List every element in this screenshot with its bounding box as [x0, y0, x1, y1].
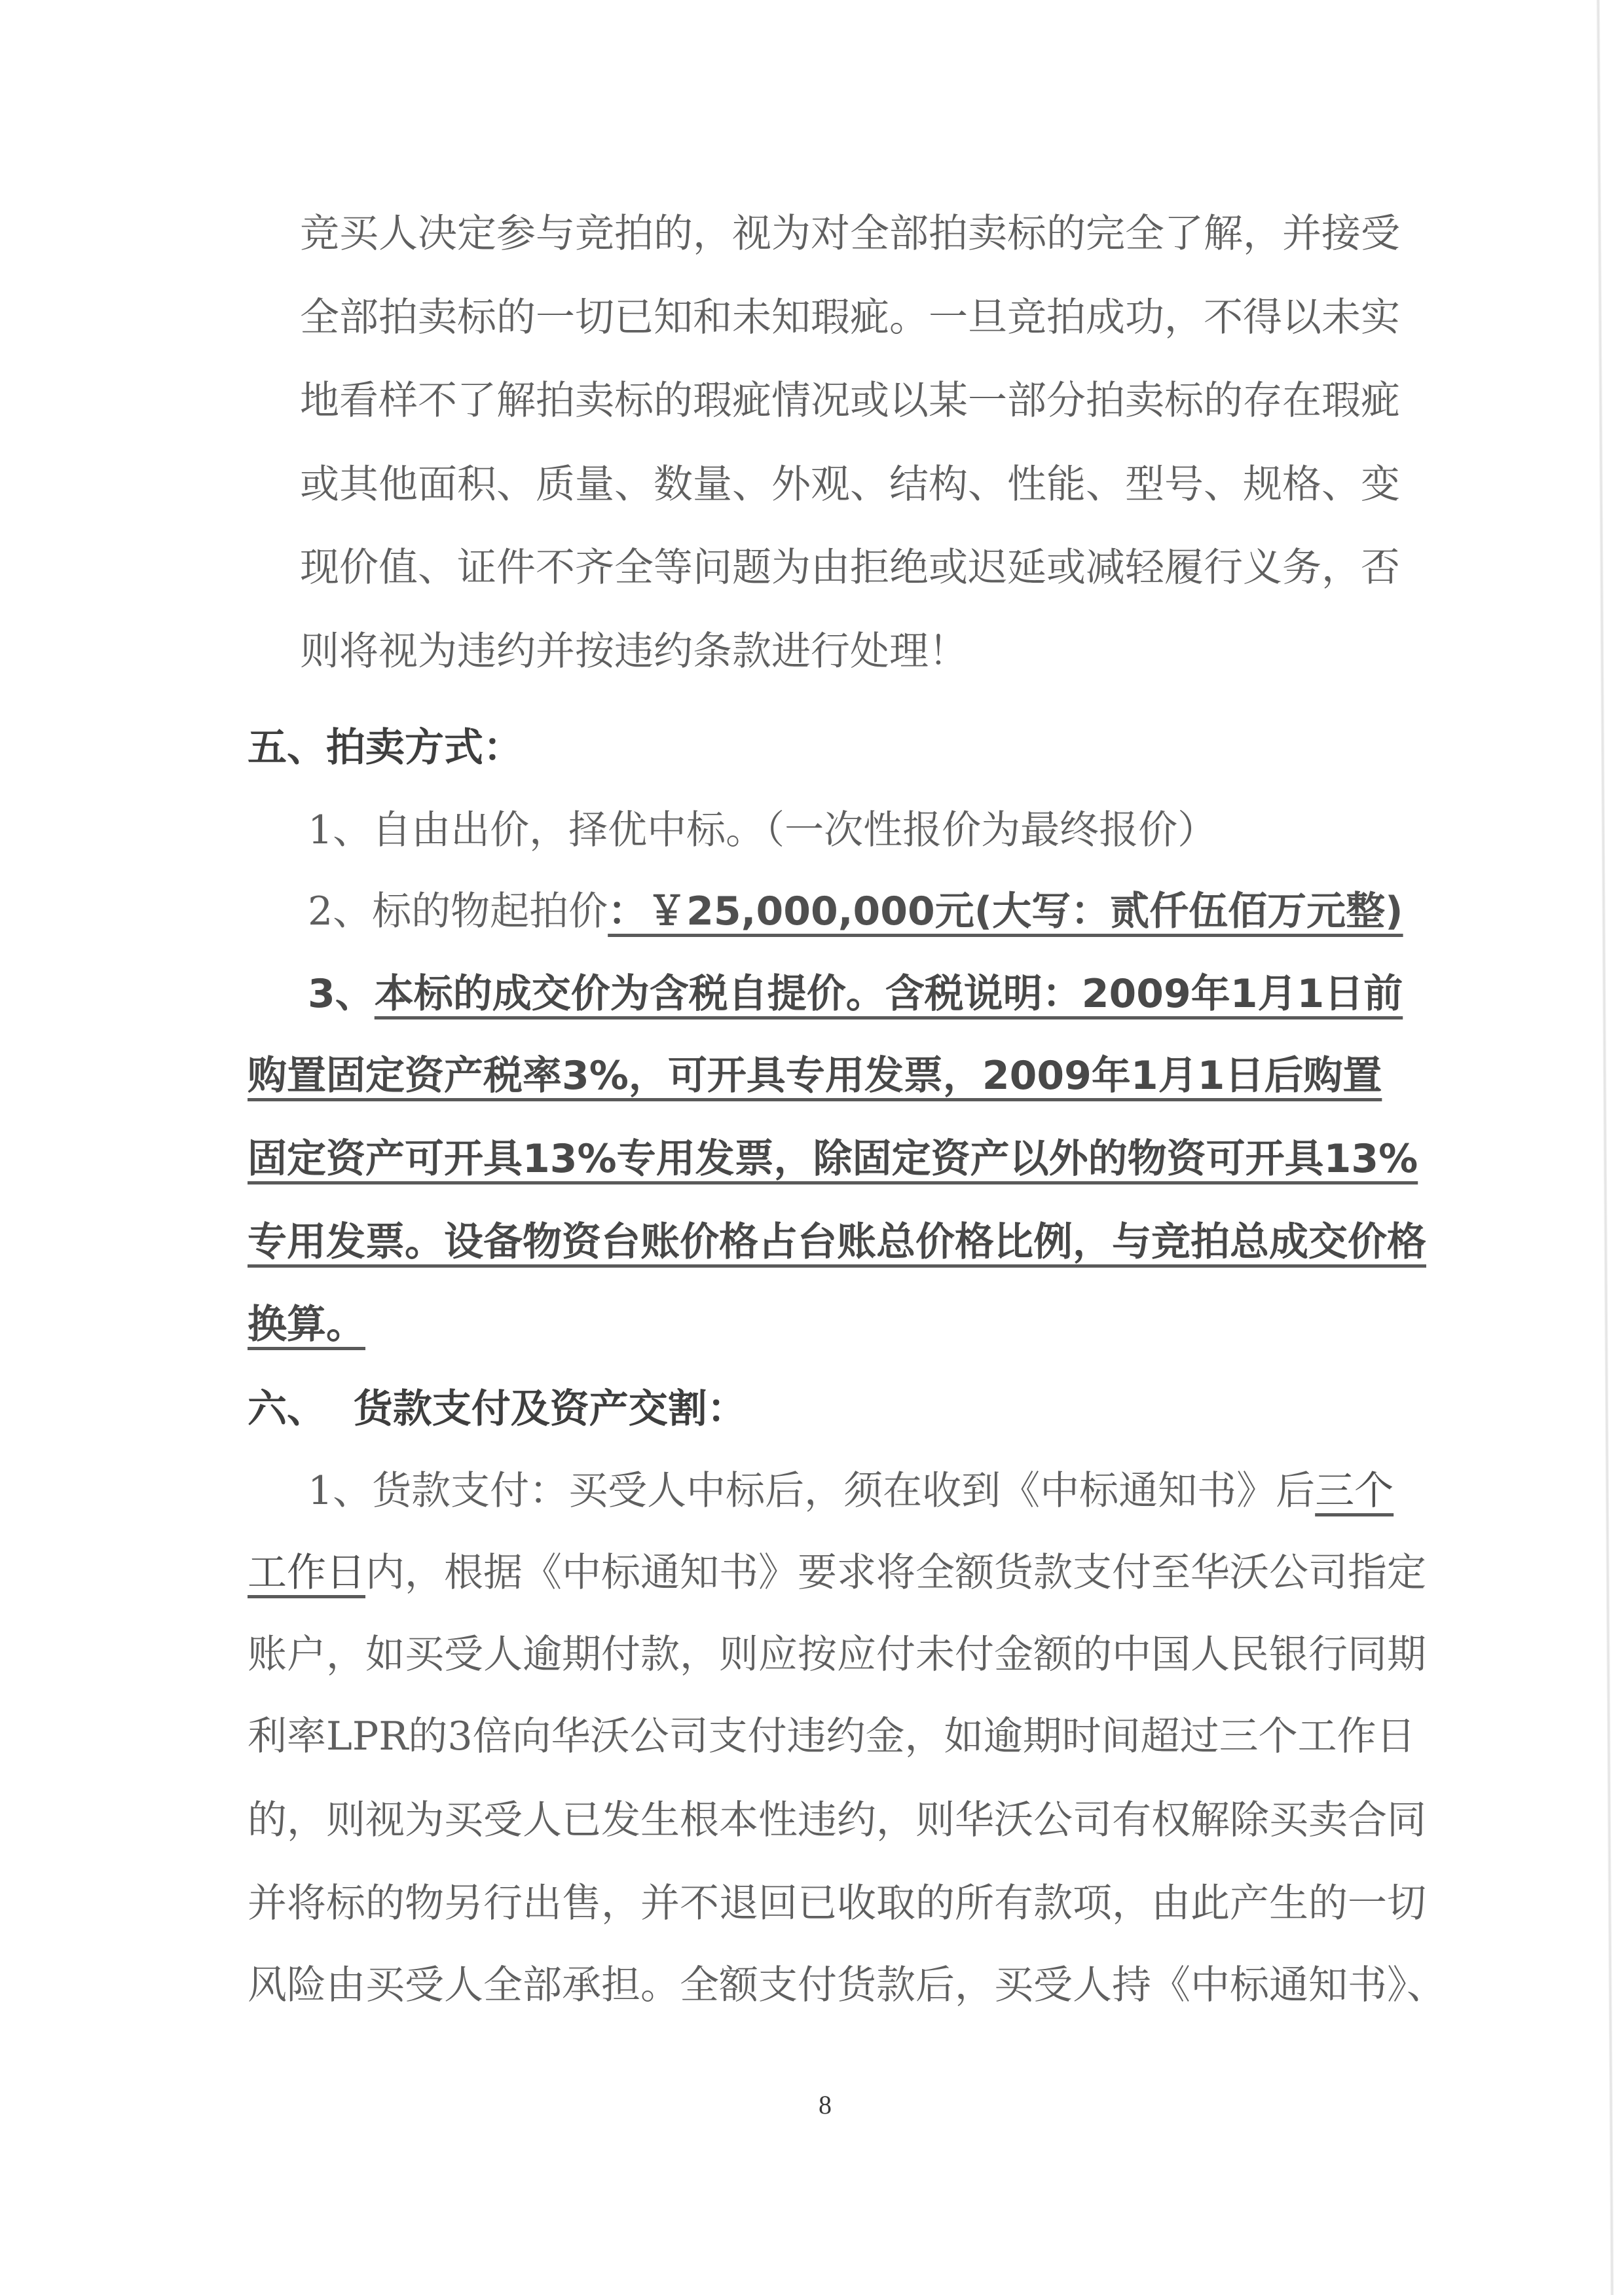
scan-edge-artifact [1596, 0, 1614, 2295]
page-number: 8 [819, 2089, 832, 2121]
starting-price-value: ：￥25,000,000元(大写：贰仟伍佰万元整) [608, 889, 1403, 934]
section-heading-payment-delivery: 六、 货款支付及资产交割： [248, 1383, 747, 1435]
payment-line: 的，则视为买受人已发生根本性违约，则华沃公司有权解除买卖合同 [248, 1794, 1375, 1846]
tax-note-text: 换算。 [248, 1302, 365, 1348]
auction-item-starting-price: 2、标的物起拍价：￥25,000,000元(大写：贰仟伍佰万元整) [308, 885, 1403, 938]
payment-line: 利率LPR的3倍向华沃公司支付违约金，如逾期时间超过三个工作日 [248, 1710, 1375, 1763]
payment-line: 账户，如买受人逾期付款，则应按应付未付金额的中国人民银行同期 [248, 1628, 1375, 1681]
payment-deadline: 工作日 [248, 1547, 365, 1599]
tax-note-text: 购置固定资产税率3%，可开具专用发票，2009年1月1日后购置 [248, 1053, 1382, 1099]
tax-note-line: 专用发票。设备物资台账价格占台账总价格比例，与竞拍总成交价格 [248, 1216, 1380, 1268]
payment-text: 1、货款支付：买受人中标后，须在收到《中标通知书》后 [308, 1465, 1315, 1517]
paragraph-line: 竞买人决定参与竞拍的，视为对全部拍卖标的完全了解，并接受 [300, 208, 1366, 260]
section-heading-auction-method: 五、拍卖方式： [248, 722, 523, 774]
starting-price-label: 2、标的物起拍价 [308, 889, 608, 934]
paragraph-line: 现价值、证件不齐全等问题为由拒绝或迟延或减轻履行义务，否 [300, 542, 1366, 594]
paragraph-line: 地看样不了解拍卖标的瑕疵情况或以某一部分拍卖标的存在瑕疵 [300, 375, 1366, 427]
paragraph-line: 或其他面积、质量、数量、外观、结构、性能、型号、规格、变 [300, 458, 1366, 511]
document-page: 竞买人决定参与竞拍的，视为对全部拍卖标的完全了解，并接受 全部拍卖标的一切已知和… [0, 0, 1624, 2295]
payment-deadline: 三个 [1315, 1465, 1393, 1517]
tax-note-line: 购置固定资产税率3%，可开具专用发票，2009年1月1日后购置 [248, 1050, 1366, 1102]
payment-line: 风险由买受人全部承担。全额支付货款后，买受人持《中标通知书》、 [248, 1959, 1375, 2011]
item-number: 3、 [308, 971, 375, 1017]
payment-line: 并将标的物另行出售，并不退回已收取的所有款项，由此产生的一切 [248, 1877, 1375, 1930]
tax-note-text: 本标的成交价为含税自提价。含税说明：2009年1月1日前 [375, 971, 1403, 1017]
payment-line: 1、货款支付：买受人中标后，须在收到《中标通知书》后三个 [308, 1465, 1375, 1517]
paragraph-line: 则将视为违约并按违约条款进行处理！ [300, 625, 968, 678]
payment-line: 工作日内，根据《中标通知书》要求将全额货款支付至华沃公司指定 [248, 1547, 1375, 1599]
tax-note-text: 固定资产可开具13%专用发票，除固定资产以外的物资可开具13% [248, 1136, 1418, 1182]
tax-note-text: 专用发票。设备物资台账价格占台账总价格比例，与竞拍总成交价格 [248, 1219, 1426, 1265]
paragraph-line: 全部拍卖标的一切已知和未知瑕疵。一旦竞拍成功，不得以未实 [300, 291, 1366, 344]
tax-note-line: 固定资产可开具13%专用发票，除固定资产以外的物资可开具13% [248, 1133, 1380, 1185]
tax-note-line: 换算。 [248, 1298, 365, 1351]
auction-item-free-bid: 1、自由出价，择优中标。（一次性报价为最终报价） [308, 804, 1217, 856]
payment-text: 内，根据《中标通知书》要求将全额货款支付至华沃公司指定 [365, 1547, 1426, 1599]
auction-item-tax-note-line: 3、本标的成交价为含税自提价。含税说明：2009年1月1日前 [308, 968, 1367, 1020]
